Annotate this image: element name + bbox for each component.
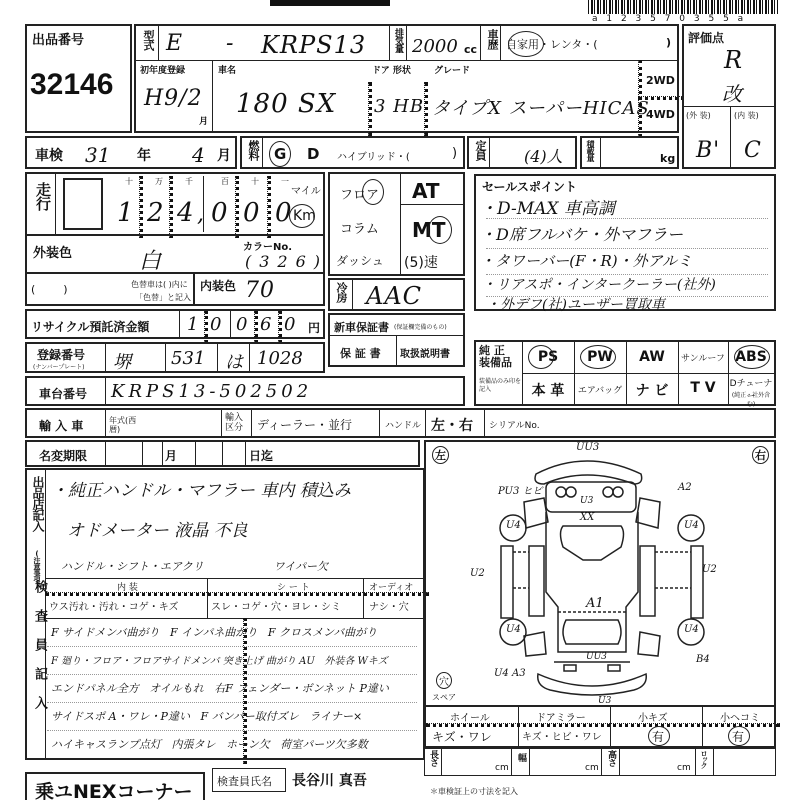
diagram-mark-right-quarter: B4 — [696, 654, 710, 665]
import-box: 輸 入 車 年式(西暦) 輸入区分 ディーラー・並行 ハンドル 左・右 シリアル… — [25, 408, 776, 438]
exterior-check-mirror: キズ・ヒビ・ワレ — [522, 728, 602, 743]
mileage-digit-1: 1 — [117, 198, 135, 228]
fuel-label: 燃料 — [245, 140, 261, 160]
capacity-box: 定員 (4)人 — [467, 136, 577, 169]
equipment-abs-circle — [734, 345, 770, 369]
interior-color-value: 70 — [245, 278, 275, 303]
displacement-label: 排気量 — [392, 28, 405, 52]
dimensions-box: 長さ cm 幅 cm 高さ cm ロック — [424, 748, 776, 776]
interior-check-interior: ウス汚れ・汚れ・コゲ・キズ — [49, 598, 179, 613]
width-unit: cm — [585, 763, 599, 773]
inspection-year-label: 年 — [137, 145, 151, 165]
inspection-box: 車検 31 年 4 月 — [25, 136, 237, 169]
venue-name: 乗ユNEXコーナー — [35, 777, 193, 800]
plate-class: 531 — [171, 348, 205, 369]
car-name-label: 車名 — [218, 63, 236, 76]
plate-region: 堺 — [113, 348, 131, 374]
diagram-spare-mark: 穴 — [436, 672, 452, 689]
inspector-note-5: ハイキャスランプ点灯 内張タレ ホーン欠 荷室パーツ欠多数 — [51, 736, 368, 752]
diagram-mark-left-fender: PU3 ヒビ — [498, 482, 543, 497]
mileage-blank-digit — [63, 178, 103, 230]
score-exterior: B' — [696, 138, 720, 163]
plate-sublabel: (ナンバープレート) — [33, 362, 84, 371]
mileage-digit-4: 0 — [211, 198, 229, 228]
length-unit: cm — [495, 763, 509, 773]
equipment-pw-circle — [580, 345, 616, 369]
warranty-item-manual[interactable]: 取扱説明書 — [400, 345, 450, 360]
diagram-mark-trunk: UU3 — [586, 652, 607, 662]
recycle-box: リサイクル預託済金額 1 0 0 6 0 円 — [25, 309, 325, 339]
import-year-label: 年式(西暦) — [109, 416, 145, 434]
shift-floor-circle — [362, 179, 384, 205]
lot-label: 出品番号 — [32, 29, 84, 48]
warranty-sublabel: (保証欄完備のもの) — [394, 322, 447, 331]
interior-color-box: 内装色 70 — [193, 272, 325, 306]
car-name-value: 180 SX — [236, 89, 336, 119]
sales-point-2: ・D席フルバケ・外マフラー — [480, 222, 683, 245]
import-handle-options[interactable]: 左・右 — [431, 415, 473, 435]
exterior-check-header-dent: 小ヘコミ — [720, 709, 760, 724]
recycle-unit: 円 — [308, 319, 320, 336]
repaint-box: ( ) 色替車は( )内に 「色替」と記入 — [25, 272, 195, 306]
score-value: R — [724, 46, 743, 74]
barcode — [588, 0, 778, 14]
mileage-comma: , — [197, 202, 205, 227]
load-unit: kg — [660, 152, 675, 165]
repaint-note-2: 「色替」と記入 — [135, 292, 191, 303]
score-note: 改 — [722, 78, 743, 107]
inspector-label: 検査員氏名 — [217, 773, 272, 789]
diagram-mark-tire-rr: U4 — [684, 624, 699, 635]
mileage-label: 走行 — [33, 182, 54, 210]
import-label: 輸 入 車 — [39, 417, 83, 434]
equipment-sublabel: 装備品のみ印を記入 — [479, 378, 521, 394]
import-type-label: 輸入区分 — [225, 413, 247, 433]
diagram-mark-left-door: U2 — [470, 568, 485, 579]
first-registration-month-label: 月 — [199, 114, 208, 127]
doors-label: ドア 形状 — [372, 63, 411, 76]
exterior-check-scratch-circle — [648, 726, 670, 746]
inspector-notes-label: 検査員記入 — [30, 580, 49, 725]
plate-kana: は — [225, 348, 243, 374]
interior-check-seat: スレ・コゲ・穴・ヨレ・シミ — [211, 598, 341, 613]
name-change-day-label: 日迄 — [249, 447, 273, 464]
diagram-mark-tire-rl: U4 — [506, 624, 521, 635]
inspection-year: 31 — [85, 143, 110, 167]
diagram-mark-tire-fr: U4 — [684, 520, 699, 531]
plate-label: 登録番号 — [37, 346, 85, 363]
displacement-value: 2000 — [412, 36, 458, 57]
lock-label: ロック — [699, 750, 709, 768]
capacity-label: 定員 — [472, 140, 488, 160]
displacement-unit: cc — [464, 43, 477, 56]
inspection-label: 車検 — [35, 145, 63, 165]
fuel-hybrid[interactable]: ハイブリッド・( — [337, 148, 410, 163]
mileage-unit-mile[interactable]: マイル — [291, 182, 321, 197]
model-code-value: KRPS13 — [261, 31, 366, 59]
mileage-digit-5: 0 — [243, 198, 261, 228]
equipment-aw[interactable]: AW — [626, 349, 678, 365]
color-code-label: カラーNo. — [243, 238, 292, 253]
mileage-digit-2: 2 — [147, 198, 165, 228]
color-code: (326) — [245, 252, 328, 271]
venue-box: 乗ユNEXコーナー — [25, 772, 205, 800]
diagram-box: 左 右 UU3 PU3 ヒビ A2 U3 XX U2 U2 A1 U4 U4 U… — [424, 440, 776, 707]
length-label: 長さ — [427, 750, 440, 766]
import-serial-label: シリアルNo. — [489, 418, 540, 431]
inspector-note-1: F サイドメンバ曲がり F インパネ曲がり F クロスメンバ曲がり — [51, 624, 377, 640]
diagram-mark-right-door: U2 — [702, 564, 717, 575]
warranty-box: 新車保証書 (保証欄完備のもの) 保 証 書 取扱説明書 — [328, 313, 465, 367]
sales-point-3: ・タワーバー(F・R)・外アルミ — [480, 250, 692, 271]
ac-box: 冷房 AAC — [328, 278, 465, 311]
equipment-navi[interactable]: ナ ビ — [626, 380, 678, 400]
transmission-box: フロア コラム ダッシュ AT MT (5)速 — [328, 172, 465, 276]
transmission-mt-circle — [428, 216, 452, 244]
seller-note-3: ハンドル・シフト・エアクリ ワイパー欠 — [61, 558, 328, 574]
score-box: 評価点 R 改 (外 装) (内 装) B' C — [682, 24, 776, 169]
equipment-box: 純 正 装備品 装備品のみ印を記入 PS PW AW サンルーフ ABS 本 革… — [474, 340, 776, 406]
seller-note-2: オドメーター 液晶 不良 — [67, 516, 248, 541]
sales-point-5: ・外デフ(社)ユーザー買取車 — [486, 294, 665, 314]
color-value: 白 — [139, 244, 162, 275]
repaint-paren: ( ) — [31, 283, 68, 296]
load-label: 積載量 — [585, 140, 596, 161]
notes-box: 出品店記入 (注意事項) ・純正ハンドル・マフラー 車内 積込み オドメーター … — [25, 468, 425, 760]
equipment-label: 純 正 装備品 — [479, 345, 519, 369]
sales-points-label: セールスポイント — [482, 178, 577, 195]
first-registration-value: H9/2 — [144, 86, 203, 111]
inspector-note-2: F 廻り・フロア・フロアサイドメンバ 突き上げ 曲がり AU 外装各 Wキズ — [51, 652, 388, 667]
spec-top-box: 型式 E - KRPS13 排気量 2000 cc 車歴 自家用・レンタ・( )… — [134, 24, 679, 133]
drive-2wd[interactable]: 2WD — [646, 74, 675, 87]
chassis-value: KRPS13-502502 — [111, 381, 312, 402]
diagram-mark-tire-fl: U4 — [506, 520, 521, 531]
chassis-label: 車台番号 — [39, 385, 87, 402]
equipment-sunroof[interactable]: サンルーフ — [678, 351, 728, 364]
ac-value: AAC — [366, 282, 422, 310]
mileage-unit-circle — [289, 204, 315, 228]
model-dash: - — [226, 31, 234, 56]
score-label: 評価点 — [688, 29, 724, 46]
interior-color-label: 内装色 — [200, 277, 236, 294]
grade-label: グレード — [434, 63, 470, 76]
fuel-d[interactable]: D — [307, 145, 319, 163]
model-prefix: E — [166, 31, 183, 56]
score-exterior-label: (外 装) — [686, 110, 711, 121]
seller-note-1: ・純正ハンドル・マフラー 車内 積込み — [51, 476, 351, 501]
import-handle-label: ハンドル — [385, 418, 421, 431]
recycle-digit-1: 1 — [187, 314, 198, 335]
plate-number: 1028 — [257, 348, 303, 369]
inspector-label-box: 検査員氏名 — [212, 768, 286, 792]
drive-4wd[interactable]: 4WD — [646, 108, 675, 121]
repaint-note-1: 色替車は( )内に — [131, 279, 188, 290]
interior-check-audio: ナシ・穴 — [369, 598, 409, 613]
transmission-at[interactable]: AT — [412, 179, 440, 203]
recycle-digit-2: 0 — [210, 314, 221, 335]
mileage-digits: 十 万 千 百 十 一 1 2 4 , 0 0 0 — [109, 176, 313, 232]
lot-box: 出品番号 32146 — [25, 24, 132, 133]
inspection-month-label: 月 — [217, 145, 231, 165]
dimensions-footnote: ＊車検証上の寸法を記入 — [430, 786, 518, 797]
recycle-digit-4: 6 — [260, 314, 271, 335]
capacity-value: (4)人 — [524, 144, 563, 167]
sales-points-box: セールスポイント ・D-MAX 車高調 ・D席フルバケ・外マフラー ・タワーバー… — [474, 174, 776, 311]
sales-point-1: ・D-MAX 車高調 — [480, 194, 615, 219]
model-code-label: 型式 — [140, 30, 156, 50]
history-close: ) — [666, 36, 671, 49]
height-unit: cm — [677, 763, 691, 773]
inspector-note-4: サイドスポ A・ワレ・P違い F バンパー取付ズレ ライナー× — [51, 708, 362, 724]
sales-point-4: ・リアスポ・インタークーラー(社外) — [482, 274, 716, 294]
fuel-box: 燃料 G D ハイブリッド・( ) — [240, 136, 465, 169]
ac-label: 冷房 — [333, 282, 349, 302]
history-selected-circle — [508, 31, 544, 57]
first-registration-label: 初年度登録 — [140, 63, 185, 76]
color-box: 外装色 白 カラーNo. (326) — [25, 234, 325, 274]
chassis-box: 車台番号 KRPS13-502502 — [25, 376, 465, 406]
recycle-digit-5: 0 — [284, 314, 295, 335]
equipment-airbag[interactable]: エアバッグ — [574, 383, 626, 396]
warranty-item-certificate[interactable]: 保 証 書 — [340, 345, 381, 361]
warranty-label: 新車保証書 — [334, 319, 389, 335]
exterior-check-wheel: キズ・ワレ — [432, 728, 492, 745]
transmission-speeds: (5)速 — [404, 252, 438, 272]
fuel-close: ) — [452, 146, 457, 161]
score-interior: C — [744, 138, 762, 163]
shift-column[interactable]: コラム — [340, 218, 379, 237]
mileage-box: 走行 十 万 千 百 十 一 1 2 4 , 0 0 0 マイル Km — [25, 172, 325, 236]
load-box: 積載量 kg — [580, 136, 679, 169]
lot-number: 32146 — [30, 68, 113, 102]
exterior-check-box: ホイール ドアミラー 小キズ 小ヘコミ キズ・ワレ キズ・ヒビ・ワレ 有 有 — [424, 705, 776, 748]
name-change-month-label: 月 — [165, 447, 177, 464]
name-change-box: 名変期限 月 日迄 — [25, 440, 420, 467]
diagram-mark-left-quarter: U4 A3 — [494, 668, 526, 679]
diagram-mark-hood-xx: XX — [580, 512, 594, 523]
diagram-mark-right-fender: A2 — [678, 482, 692, 493]
barcode-text: a 1 2 3 5 7 0 3 5 5 a — [592, 14, 746, 24]
recycle-digit-3: 0 — [236, 314, 247, 335]
exterior-check-header-mirror: ドアミラー — [536, 709, 586, 724]
diagram-spare-label: スペア — [432, 692, 456, 703]
inspection-month: 4 — [192, 143, 205, 167]
grade-value: タイプX スーパーHICAS — [432, 94, 650, 120]
plate-box: 登録番号 (ナンバープレート) 堺 531 は 1028 — [25, 342, 325, 373]
exterior-check-header-wheel: ホイール — [450, 709, 490, 724]
doors-value: 3 HB — [374, 96, 424, 117]
inspector-note-3: エンドパネル全方 オイルもれ 右F フェンダー・ボンネット P違い — [51, 680, 389, 696]
mileage-digit-3: 4 — [177, 198, 195, 228]
exterior-check-dent-circle — [728, 726, 750, 746]
history-label: 車歴 — [484, 29, 500, 49]
inspector-name: 長谷川 真吾 — [292, 770, 367, 790]
color-label: 外装色 — [33, 242, 72, 261]
header-title-fragment — [270, 0, 390, 6]
equipment-dtuner-note: (純正・社外含む) — [728, 390, 774, 408]
diagram-mark-roof: A1 — [586, 596, 604, 611]
width-label: 幅 — [515, 753, 528, 761]
exterior-check-header-scratch: 小キズ — [638, 709, 668, 724]
name-change-label: 名変期限 — [39, 447, 87, 464]
equipment-leather[interactable]: 本 革 — [522, 380, 574, 400]
equipment-ps-circle — [528, 345, 554, 369]
height-label: 高さ — [605, 750, 618, 766]
shift-dash[interactable]: ダッシュ — [336, 252, 384, 269]
recycle-label: リサイクル預託済金額 — [31, 318, 149, 335]
score-interior-label: (内 装) — [734, 110, 759, 121]
diagram-mark-hood: U3 — [580, 496, 593, 506]
equipment-tv[interactable]: T V — [678, 380, 728, 396]
diagram-mark-front-bumper: UU3 — [576, 442, 599, 453]
import-type-options[interactable]: ディーラー・並行 — [257, 416, 352, 433]
fuel-selected-circle — [269, 141, 291, 167]
